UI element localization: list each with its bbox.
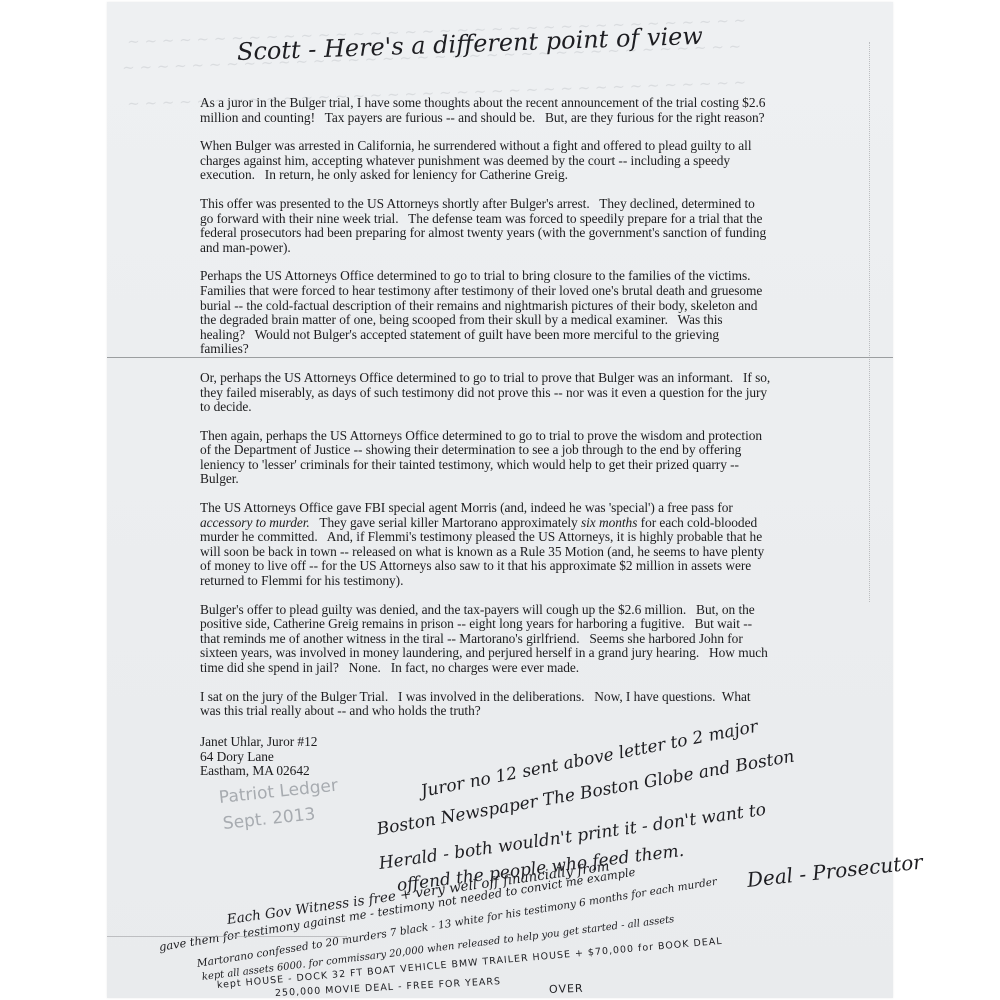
letter-line: Families that were forced to hear testim… <box>200 284 800 299</box>
letter-line: the degraded brain matter of one, being … <box>200 313 800 328</box>
letter-line: This offer was presented to the US Attor… <box>200 197 800 212</box>
letter-line: of the Department of Justice -- showing … <box>200 443 800 458</box>
letter-line: time did she spend in jail? None. In fac… <box>200 661 800 676</box>
letter-paragraph: Then again, perhaps the US Attorneys Off… <box>200 429 800 487</box>
letter-line: burial -- the cold-factual description o… <box>200 299 800 314</box>
margin-line <box>869 42 870 602</box>
letter-page: ~ ~ ~ ~ ~ ~ ~ ~ ~ ~ ~ ~ ~ ~ ~ ~ ~ ~ ~ ~ … <box>107 2 893 998</box>
letter-line: charges against him, accepting whatever … <box>200 154 800 169</box>
letter-line: positive side, Catherine Greig remains i… <box>200 617 800 632</box>
letter-line: and man-power). <box>200 241 800 256</box>
letter-line: families? <box>200 342 800 357</box>
letter-line: As a juror in the Bulger trial, I have s… <box>200 96 800 111</box>
handwritten-note-over: OVER <box>549 982 584 996</box>
italic-emphasis: six months <box>581 515 637 530</box>
pencil-note-publication: Patriot Ledger <box>218 776 339 808</box>
letter-line: healing? Would not Bulger's accepted sta… <box>200 328 800 343</box>
letter-line: execution. In return, he only asked for … <box>200 168 800 183</box>
handwritten-note-line: Each Gov Witness is free + very well off… <box>226 858 611 928</box>
letter-line: they failed miserably, as days of such t… <box>200 386 800 401</box>
letter-line: returned to Flemmi for his testimony). <box>200 574 800 589</box>
letter-line: When Bulger was arrested in California, … <box>200 139 800 154</box>
letter-paragraph: Bulger's offer to plead guilty was denie… <box>200 603 800 676</box>
letter-line: was this trial really about -- and who h… <box>200 704 800 719</box>
paper-fold-line <box>107 936 347 937</box>
letter-paragraph: Or, perhaps the US Attorneys Office dete… <box>200 371 800 415</box>
letter-line: to decide. <box>200 400 800 415</box>
letter-paragraph: The US Attorneys Office gave FBI special… <box>200 501 800 589</box>
letter-line: I sat on the jury of the Bulger Trial. I… <box>200 690 800 705</box>
letter-line: million and counting! Tax payers are fur… <box>200 111 800 126</box>
letter-paragraph: This offer was presented to the US Attor… <box>200 197 800 255</box>
letter-paragraph: When Bulger was arrested in California, … <box>200 139 800 183</box>
letter-line: federal prosecutors had been preparing f… <box>200 226 800 241</box>
letter-line: Bulger. <box>200 472 800 487</box>
letter-line: sixteen years, was involved in money lau… <box>200 646 800 661</box>
pencil-note-date: Sept. 2013 <box>222 804 316 834</box>
letter-line: will soon be back in town -- released on… <box>200 545 800 560</box>
letter-line: Perhaps the US Attorneys Office determin… <box>200 269 800 284</box>
letter-paragraph: As a juror in the Bulger trial, I have s… <box>200 96 800 125</box>
letter-line: The US Attorneys Office gave FBI special… <box>200 501 800 516</box>
letter-line: that reminds me of another witness in th… <box>200 632 800 647</box>
letter-body: As a juror in the Bulger trial, I have s… <box>200 96 800 719</box>
letter-line: go forward with their nine week trial. T… <box>200 212 800 227</box>
letter-line: Then again, perhaps the US Attorneys Off… <box>200 429 800 444</box>
italic-emphasis: accessory to murder. <box>200 515 310 530</box>
letter-line: accessory to murder. They gave serial ki… <box>200 516 800 531</box>
letter-paragraph: I sat on the jury of the Bulger Trial. I… <box>200 690 800 719</box>
letter-line: of money to live off -- for the US Attor… <box>200 559 800 574</box>
handwritten-note-line: Deal - Prosecutor <box>746 850 924 892</box>
letter-line: Or, perhaps the US Attorneys Office dete… <box>200 371 800 386</box>
letter-paragraph: Perhaps the US Attorneys Office determin… <box>200 269 800 357</box>
letter-line: leniency to 'lesser' criminals for their… <box>200 458 800 473</box>
letter-line: Bulger's offer to plead guilty was denie… <box>200 603 800 618</box>
letter-line: murder he committed. And, if Flemmi's te… <box>200 530 800 545</box>
paper-fold-line <box>107 357 893 358</box>
